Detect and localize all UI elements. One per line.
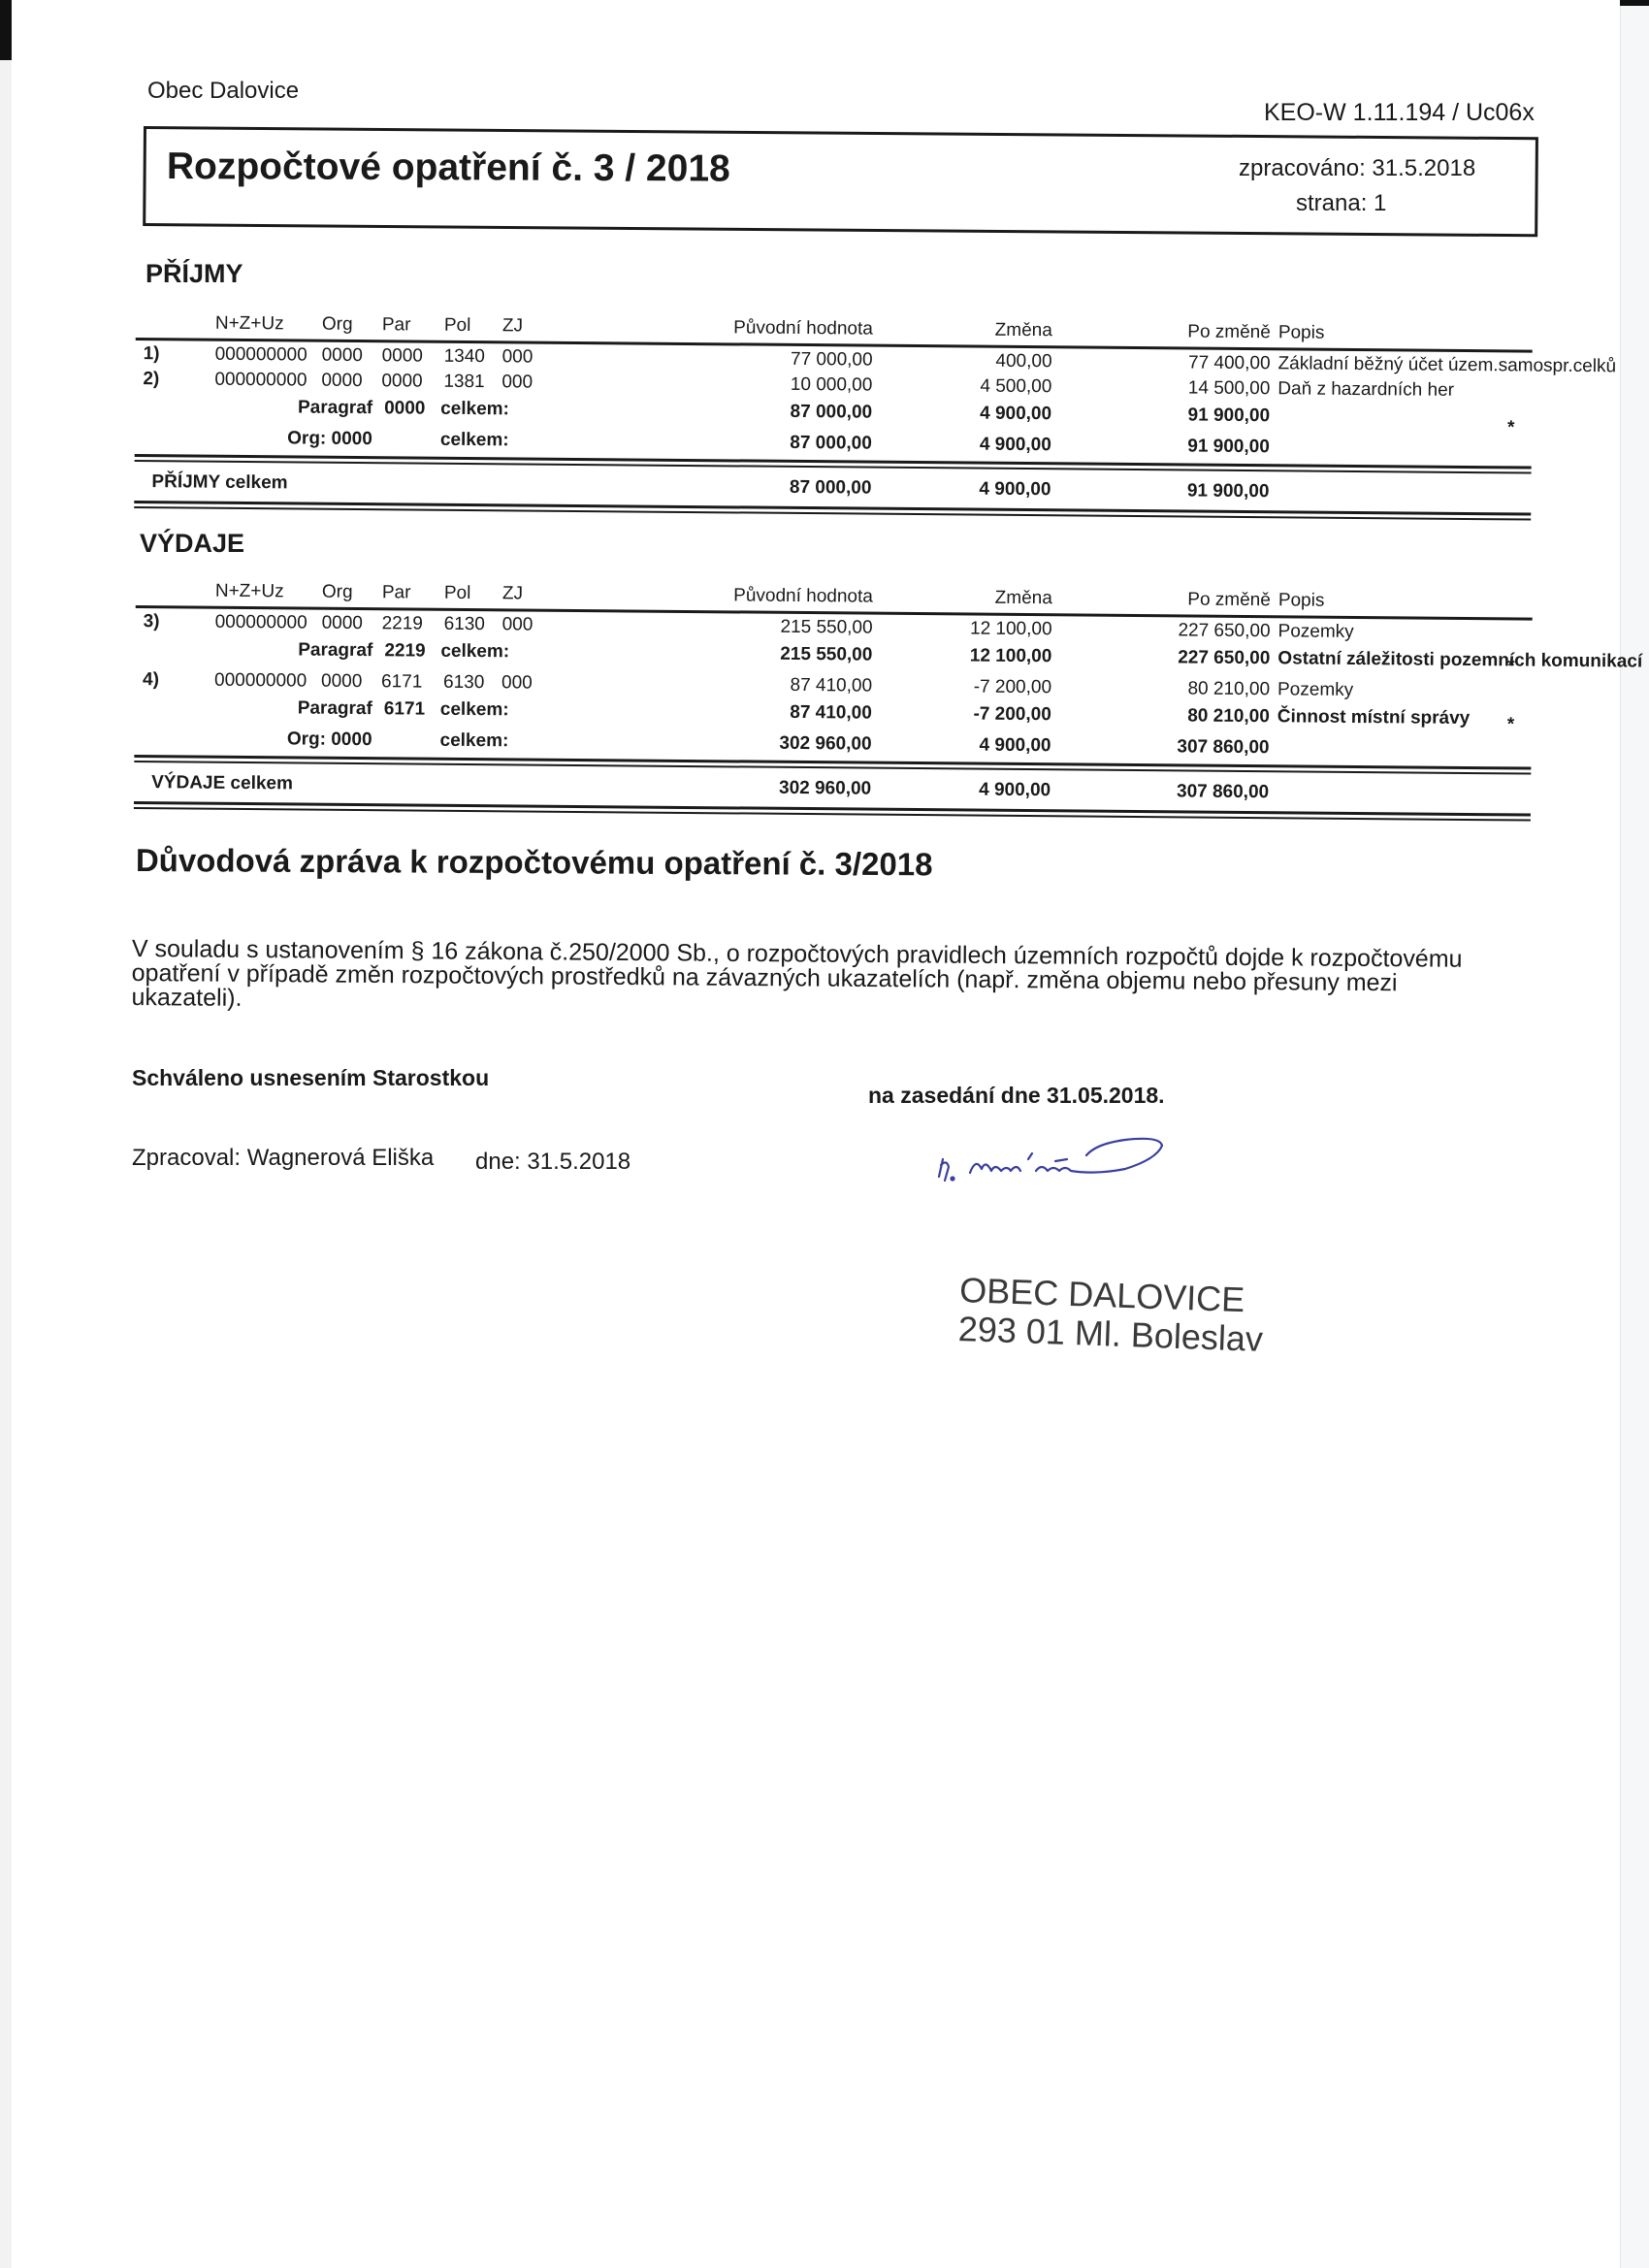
- celkem-label: celkem:: [440, 399, 509, 421]
- org-label: Org:: [287, 428, 326, 448]
- col-par: Par: [382, 314, 411, 336]
- org-label: Org:: [287, 729, 326, 749]
- reason-title: Důvodová zpráva k rozpočtovému opatření …: [136, 842, 933, 883]
- org-code: 0000: [331, 729, 372, 750]
- cell-zj: 000: [501, 672, 533, 694]
- org-code: 0000: [331, 429, 372, 449]
- cell-par: 2219: [382, 613, 423, 634]
- page-label: strana:: [1296, 190, 1367, 216]
- cell-pol: 6130: [444, 614, 485, 635]
- paragraf-code: 6171: [384, 698, 425, 720]
- cell-after: 91 900,00: [1008, 404, 1270, 427]
- col-after: Po změně: [1009, 588, 1271, 611]
- col-zj: ZJ: [502, 315, 523, 337]
- col-org: Org: [322, 582, 353, 603]
- processed-label: zpracováno:: [1239, 155, 1366, 181]
- income-section-title: PŘÍJMY: [145, 259, 243, 289]
- col-pol: Pol: [444, 315, 471, 337]
- row-index: 1): [144, 343, 160, 365]
- cell-pol: 6130: [443, 672, 484, 694]
- cell-nzu: 000000000: [215, 612, 307, 634]
- paragraf-label: Paragraf: [285, 697, 372, 720]
- celkem-label: celkem:: [440, 430, 509, 452]
- col-description: Popis: [1278, 590, 1325, 611]
- cell-after: 91 900,00: [1008, 435, 1270, 458]
- row-index: 4): [143, 669, 159, 691]
- row-index: 2): [143, 369, 159, 390]
- cell-after: 307 860,00: [1007, 735, 1269, 759]
- asterisk-mark: *: [1507, 656, 1515, 677]
- processed-info: zpracováno: 31.5.2018: [1239, 155, 1475, 182]
- col-org: Org: [322, 314, 353, 336]
- cell-description: Základní běžný účet územ.samospr.celků: [1277, 353, 1616, 377]
- org-total-label: Org: 0000: [270, 729, 372, 751]
- cell-description: Činnost místní správy: [1277, 706, 1471, 729]
- system-version: KEO-W 1.11.194 / Uc06x: [1264, 99, 1535, 127]
- paragraf-label: Paragraf: [285, 397, 372, 419]
- paragraf-code: 0000: [384, 398, 425, 419]
- org-total-label: Org: 0000: [271, 428, 372, 450]
- cell-after: 14 500,00: [1008, 376, 1270, 400]
- section-total-label: PŘÍJMY celkem: [151, 471, 287, 494]
- expenses-table: N+Z+Uz Org Par Pol ZJ Původní hodnota Zm…: [136, 580, 1533, 593]
- official-stamp: OBEC DALOVICE 293 01 Ml. Boleslav: [957, 1271, 1265, 1359]
- cell-zj: 000: [502, 346, 533, 368]
- col-nzu: N+Z+Uz: [215, 581, 284, 603]
- cell-org: 0000: [322, 613, 363, 634]
- cell-after: 307 860,00: [1007, 780, 1269, 803]
- section-total-label: VÝDAJE celkem: [151, 772, 293, 794]
- celkem-label: celkem:: [440, 699, 509, 722]
- celkem-label: celkem:: [440, 641, 509, 664]
- cell-pol: 1381: [443, 372, 484, 393]
- scan-edge-left: [0, 0, 12, 2268]
- cell-after: 91 900,00: [1007, 479, 1269, 502]
- income-table: N+Z+Uz Org Par Pol ZJ Původní hodnota Zm…: [136, 312, 1533, 325]
- organization-name: Obec Dalovice: [147, 78, 299, 105]
- cell-par: 6171: [381, 671, 422, 693]
- approved-by: Schváleno usnesením Starostkou: [132, 1065, 489, 1091]
- col-par: Par: [382, 582, 411, 603]
- cell-after: 80 210,00: [1008, 677, 1270, 700]
- asterisk-mark: *: [1507, 417, 1515, 438]
- paragraf-code: 2219: [384, 640, 425, 662]
- cell-nzu: 000000000: [215, 344, 307, 367]
- cell-par: 0000: [382, 345, 423, 367]
- col-description: Popis: [1278, 322, 1325, 343]
- cell-after: 227 650,00: [1008, 619, 1270, 642]
- signature-icon: [931, 1130, 1212, 1188]
- prepared-date: dne: 31.5.2018: [475, 1149, 630, 1176]
- asterisk-mark: *: [1507, 714, 1515, 735]
- paragraf-label: Paragraf: [285, 639, 372, 662]
- col-zj: ZJ: [502, 583, 523, 604]
- meeting-date: na zasedání dne 31.05.2018.: [868, 1083, 1165, 1109]
- cell-nzu: 000000000: [214, 670, 307, 693]
- cell-nzu: 000000000: [214, 370, 307, 392]
- row-index: 3): [144, 611, 160, 632]
- cell-zj: 000: [501, 372, 533, 393]
- table-header: N+Z+Uz Org Par Pol ZJ Původní hodnota Zm…: [136, 312, 1533, 348]
- cell-after: 227 650,00: [1008, 646, 1270, 669]
- cell-org: 0000: [321, 671, 362, 693]
- page-number: 1: [1374, 190, 1386, 216]
- scan-edge-right: [1620, 0, 1649, 2268]
- cell-description: Pozemky: [1277, 621, 1353, 643]
- document-title: Rozpočtové opatření č. 3 / 2018: [167, 146, 730, 191]
- processed-date: 31.5.2018: [1372, 155, 1475, 181]
- cell-org: 0000: [322, 345, 363, 367]
- cell-description: Pozemky: [1277, 679, 1353, 701]
- table-header: N+Z+Uz Org Par Pol ZJ Původní hodnota Zm…: [136, 580, 1533, 616]
- scan-edge-left-shadow: [0, 0, 12, 60]
- cell-pol: 1340: [444, 346, 485, 368]
- scan-edge-right-shadow: [1620, 0, 1649, 6]
- cell-description: Daň z hazardních her: [1277, 378, 1454, 402]
- cell-par: 0000: [381, 371, 422, 392]
- col-after: Po změně: [1009, 320, 1271, 343]
- page-info: strana: 1: [1296, 190, 1386, 217]
- cell-description: Ostatní záležitosti pozemních komunikací: [1277, 648, 1642, 672]
- col-nzu: N+Z+Uz: [215, 313, 284, 336]
- reason-paragraph: V souladu s ustanovením § 16 zákona č.25…: [131, 937, 1529, 1021]
- prepared-by: Zpracoval: Wagnerová Eliška: [132, 1145, 434, 1172]
- col-pol: Pol: [444, 583, 471, 604]
- cell-zj: 000: [502, 614, 533, 635]
- celkem-label: celkem:: [439, 730, 508, 753]
- cell-after: 77 400,00: [1008, 351, 1270, 374]
- cell-after: 80 210,00: [1008, 704, 1270, 728]
- cell-org: 0000: [321, 371, 362, 392]
- stamp-line-2: 293 01 Ml. Boleslav: [957, 1310, 1263, 1359]
- expenses-section-title: VÝDAJE: [140, 529, 244, 559]
